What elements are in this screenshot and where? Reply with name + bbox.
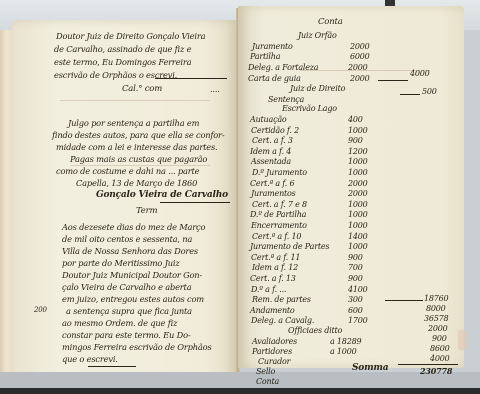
entry-label: Sello [256, 367, 275, 376]
subtotal: 4000 [410, 69, 430, 78]
entry-amount: 1000 [348, 242, 368, 251]
grand-total: 230778 [420, 366, 452, 376]
left-para3-line8: a sentença supra que fica junta [66, 306, 192, 316]
entry-label: Idem a f. 4 [250, 147, 291, 156]
entry-label: Deleg. a Cavalg. [251, 316, 314, 325]
section-heading: Juiz de Direito [290, 84, 345, 93]
column-amount: 8600 [430, 344, 450, 353]
entry-amount: 2000 [348, 63, 368, 72]
column-amount: 8000 [426, 304, 446, 313]
entry-amount: 600 [348, 306, 363, 315]
entry-amount: 1000 [348, 126, 368, 135]
margin-note: 200 [34, 306, 47, 314]
entry-amount: 1000 [348, 221, 368, 230]
entry-amount: 2000 [348, 189, 368, 198]
entry-amount: 2000 [350, 42, 370, 51]
entry-label: Cert. a f. 7 e 8 [252, 200, 307, 209]
entry-label: Idem a f. 12 [252, 263, 298, 272]
underline-flourish [155, 78, 227, 79]
entry-label: Conta [256, 377, 279, 386]
entry-label: Deleg. a Fortaleza [248, 63, 318, 72]
entry-amount: 900 [348, 136, 363, 145]
entry-amount: 1200 [348, 147, 368, 156]
left-para2-line1: Julgo por sentença a partilha em [68, 118, 199, 128]
entry-label: D.º a f. ... [251, 285, 286, 294]
left-para3-line7: em juizo, entregou estes autos com [62, 294, 204, 304]
left-para3-line12: que o escrevi. [62, 354, 118, 364]
entry-amount: 400 [348, 115, 363, 124]
entry-amount: 2000 [350, 74, 370, 83]
left-para2-line2: findo destes autos, para que ella se con… [52, 130, 224, 140]
entry-label: Encerramento [251, 221, 307, 230]
entry-label: Cert.ª a f. 6 [250, 179, 294, 188]
entry-amount: 2000 [348, 179, 368, 188]
section-mark: Term [136, 206, 157, 216]
entry-amount: a 1000 [330, 347, 356, 356]
left-para2-line4: Pagas mais as custas que pagarão [70, 154, 207, 164]
total-rule [398, 364, 458, 365]
entry-amount: 1000 [348, 210, 368, 219]
entry-amount: 4100 [348, 285, 368, 294]
entry-label: Rem. de partes [252, 295, 311, 304]
paper-stain [458, 330, 468, 350]
section-heading: Officiaes ditto [288, 326, 342, 335]
left-date-line: Capella, 13 de Março de 1860 [76, 178, 197, 188]
left-para3-line4: por parte do Meritissimo Juiz [62, 258, 180, 268]
column-amount: 4000 [430, 354, 450, 363]
entry-label: Cert.ª a f. 11 [251, 253, 300, 262]
dash [385, 300, 423, 301]
column-amount: 18760 [424, 294, 448, 303]
entry-amount: 900 [348, 274, 363, 283]
left-para3-line11: mingos Ferreira escrivão de Orphãos [62, 342, 212, 352]
signature-flourish [160, 202, 230, 203]
entry-label: Juramento de Partes [250, 242, 329, 251]
entry-amount: 1000 [348, 157, 368, 166]
subtotal: 500 [422, 87, 437, 96]
entry-amount: 1400 [348, 232, 368, 241]
entry-amount: 1000 [348, 168, 368, 177]
mark-line: Cal.° com [122, 84, 162, 94]
mark-line-right: .... [210, 84, 220, 94]
entry-label: Carta de guia [248, 74, 301, 83]
column-amount: 36578 [424, 314, 448, 323]
left-para3-line3: Villa de Nossa Senhora das Dores [62, 246, 198, 256]
entry-label: Partidores [252, 347, 292, 356]
left-para3-line5: Doutor Juiz Municipal Doutor Gon- [62, 270, 202, 280]
entry-label: Cert.ª a f. 10 [252, 232, 301, 241]
left-para3-line9: ao mesmo Ordem. de que fiz [62, 318, 177, 328]
entry-amount: 6000 [350, 52, 370, 61]
entry-amount: 700 [348, 263, 363, 272]
entry-label: Autuação [250, 115, 287, 124]
left-para1-line1: Doutor Juiz de Direito Gonçalo Vieira [56, 31, 205, 41]
left-para3-line2: de mil oito centos e sessenta, na [62, 234, 192, 244]
entry-label: D.º de Partilha [250, 210, 306, 219]
entry-amount: a 18289 [330, 337, 361, 346]
column-amount: 2000 [428, 324, 448, 333]
entry-label: Partilha [250, 52, 280, 61]
entry-amount: 1700 [348, 316, 368, 325]
entry-label: Certidão f. 2 [251, 126, 299, 135]
signature: Gonçalo Vieira de Carvalho [96, 190, 228, 200]
left-para2-line3: midade com a lei e interesse das partes. [56, 142, 217, 152]
ledger-title: Conta [318, 17, 343, 27]
entry-label: Andamento [250, 306, 295, 315]
left-para3-line1: Aos dezesete dias do mez de Março [62, 222, 205, 232]
dash [400, 94, 420, 95]
left-para1-line2: de Carvalho, assinado de que fiz e [54, 44, 191, 54]
entry-label: Juramentos [251, 189, 296, 198]
left-para1-line3: este termo, Eu Domingos Ferreira [54, 57, 191, 67]
entry-label: Cert. a f. 13 [250, 274, 296, 283]
entry-amount: 1000 [348, 200, 368, 209]
entry-label: Sentença [268, 95, 304, 104]
dash [378, 80, 408, 81]
entry-amount: 900 [348, 253, 363, 262]
entry-label: D.º Juramento [252, 168, 307, 177]
entry-label: Cert. a f. 3 [252, 136, 293, 145]
entry-label: Assentada [251, 157, 291, 166]
left-para3-line6: çalo Vieira de Carvalho e aberta [62, 282, 191, 292]
entry-label: Juramento [252, 42, 293, 51]
table-edge [0, 388, 480, 394]
ink-bleed [60, 100, 210, 101]
column-amount: 900 [432, 334, 447, 343]
left-para2-line5: como de costume e dahi na ... parte [56, 166, 199, 176]
closing-flourish [88, 366, 136, 367]
entry-label: Avaliadores [252, 337, 297, 346]
left-para3-line10: constar para este termo. Eu Do- [62, 330, 190, 340]
section-heading: Escrivão Lago [282, 104, 337, 113]
total-label: Somma [352, 363, 388, 373]
entry-amount: 300 [348, 295, 363, 304]
entry-label: Curador [258, 357, 290, 366]
section-heading: Juiz Orfão [298, 31, 337, 40]
